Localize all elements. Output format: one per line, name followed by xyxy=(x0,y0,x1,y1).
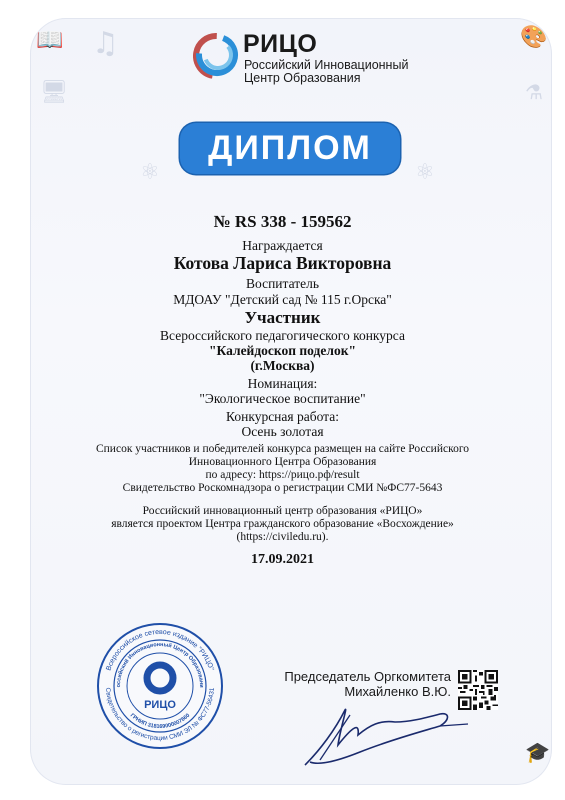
contest-name: "Калейдоскоп поделок" xyxy=(60,343,505,359)
diploma-number: № RS 338 - 159562 xyxy=(60,212,505,232)
project-line: Российский инновационный центр образован… xyxy=(60,505,505,517)
flask-icon: ⚗ xyxy=(525,80,543,104)
contest-city: (г.Москва) xyxy=(60,358,505,374)
info-line: Список участников и победителей конкурса… xyxy=(60,443,505,455)
recipient-position: Воспитатель xyxy=(60,276,505,292)
qr-code-icon[interactable] xyxy=(458,670,498,710)
work-value: Осень золотая xyxy=(60,424,505,440)
signatory-name: Михайленко В.Ю. xyxy=(260,684,451,699)
signatory-block: Председатель Оргкомитета Михайленко В.Ю. xyxy=(260,669,451,699)
signatory-title: Председатель Оргкомитета xyxy=(260,669,451,684)
graduation-cap-icon: 🎓 xyxy=(525,740,550,764)
recipient-organization: МДОАУ "Детский сад № 115 г.Орска" xyxy=(60,292,505,308)
stamp-center-text: РИЦО xyxy=(144,699,176,711)
info-line: Свидетельство Роскомнадзора о регистраци… xyxy=(60,482,505,494)
project-line: является проектом Центра гражданского об… xyxy=(60,518,505,530)
nomination-value: "Экологическое воспитание" xyxy=(60,391,505,407)
palette-icon: 🎨 xyxy=(520,25,547,50)
nomination-label: Номинация: xyxy=(60,376,505,392)
contest-description: Всероссийского педагогического конкурса xyxy=(60,328,505,344)
recipient-name: Котова Лариса Викторовна xyxy=(60,253,505,274)
awarded-label: Награждается xyxy=(60,238,505,254)
official-stamp: Всероссийское сетевое издание "РИЦО" Сви… xyxy=(96,622,224,750)
signature-icon xyxy=(300,700,470,770)
info-line: Инновационного Центра Образования xyxy=(60,456,505,468)
project-url[interactable]: (https://civiledu.ru). xyxy=(60,531,505,543)
issue-date: 17.09.2021 xyxy=(60,552,505,568)
results-url[interactable]: по адресу: https://рицо.рф/result xyxy=(60,469,505,481)
award-status: Участник xyxy=(60,308,505,328)
work-label: Конкурсная работа: xyxy=(60,409,505,425)
